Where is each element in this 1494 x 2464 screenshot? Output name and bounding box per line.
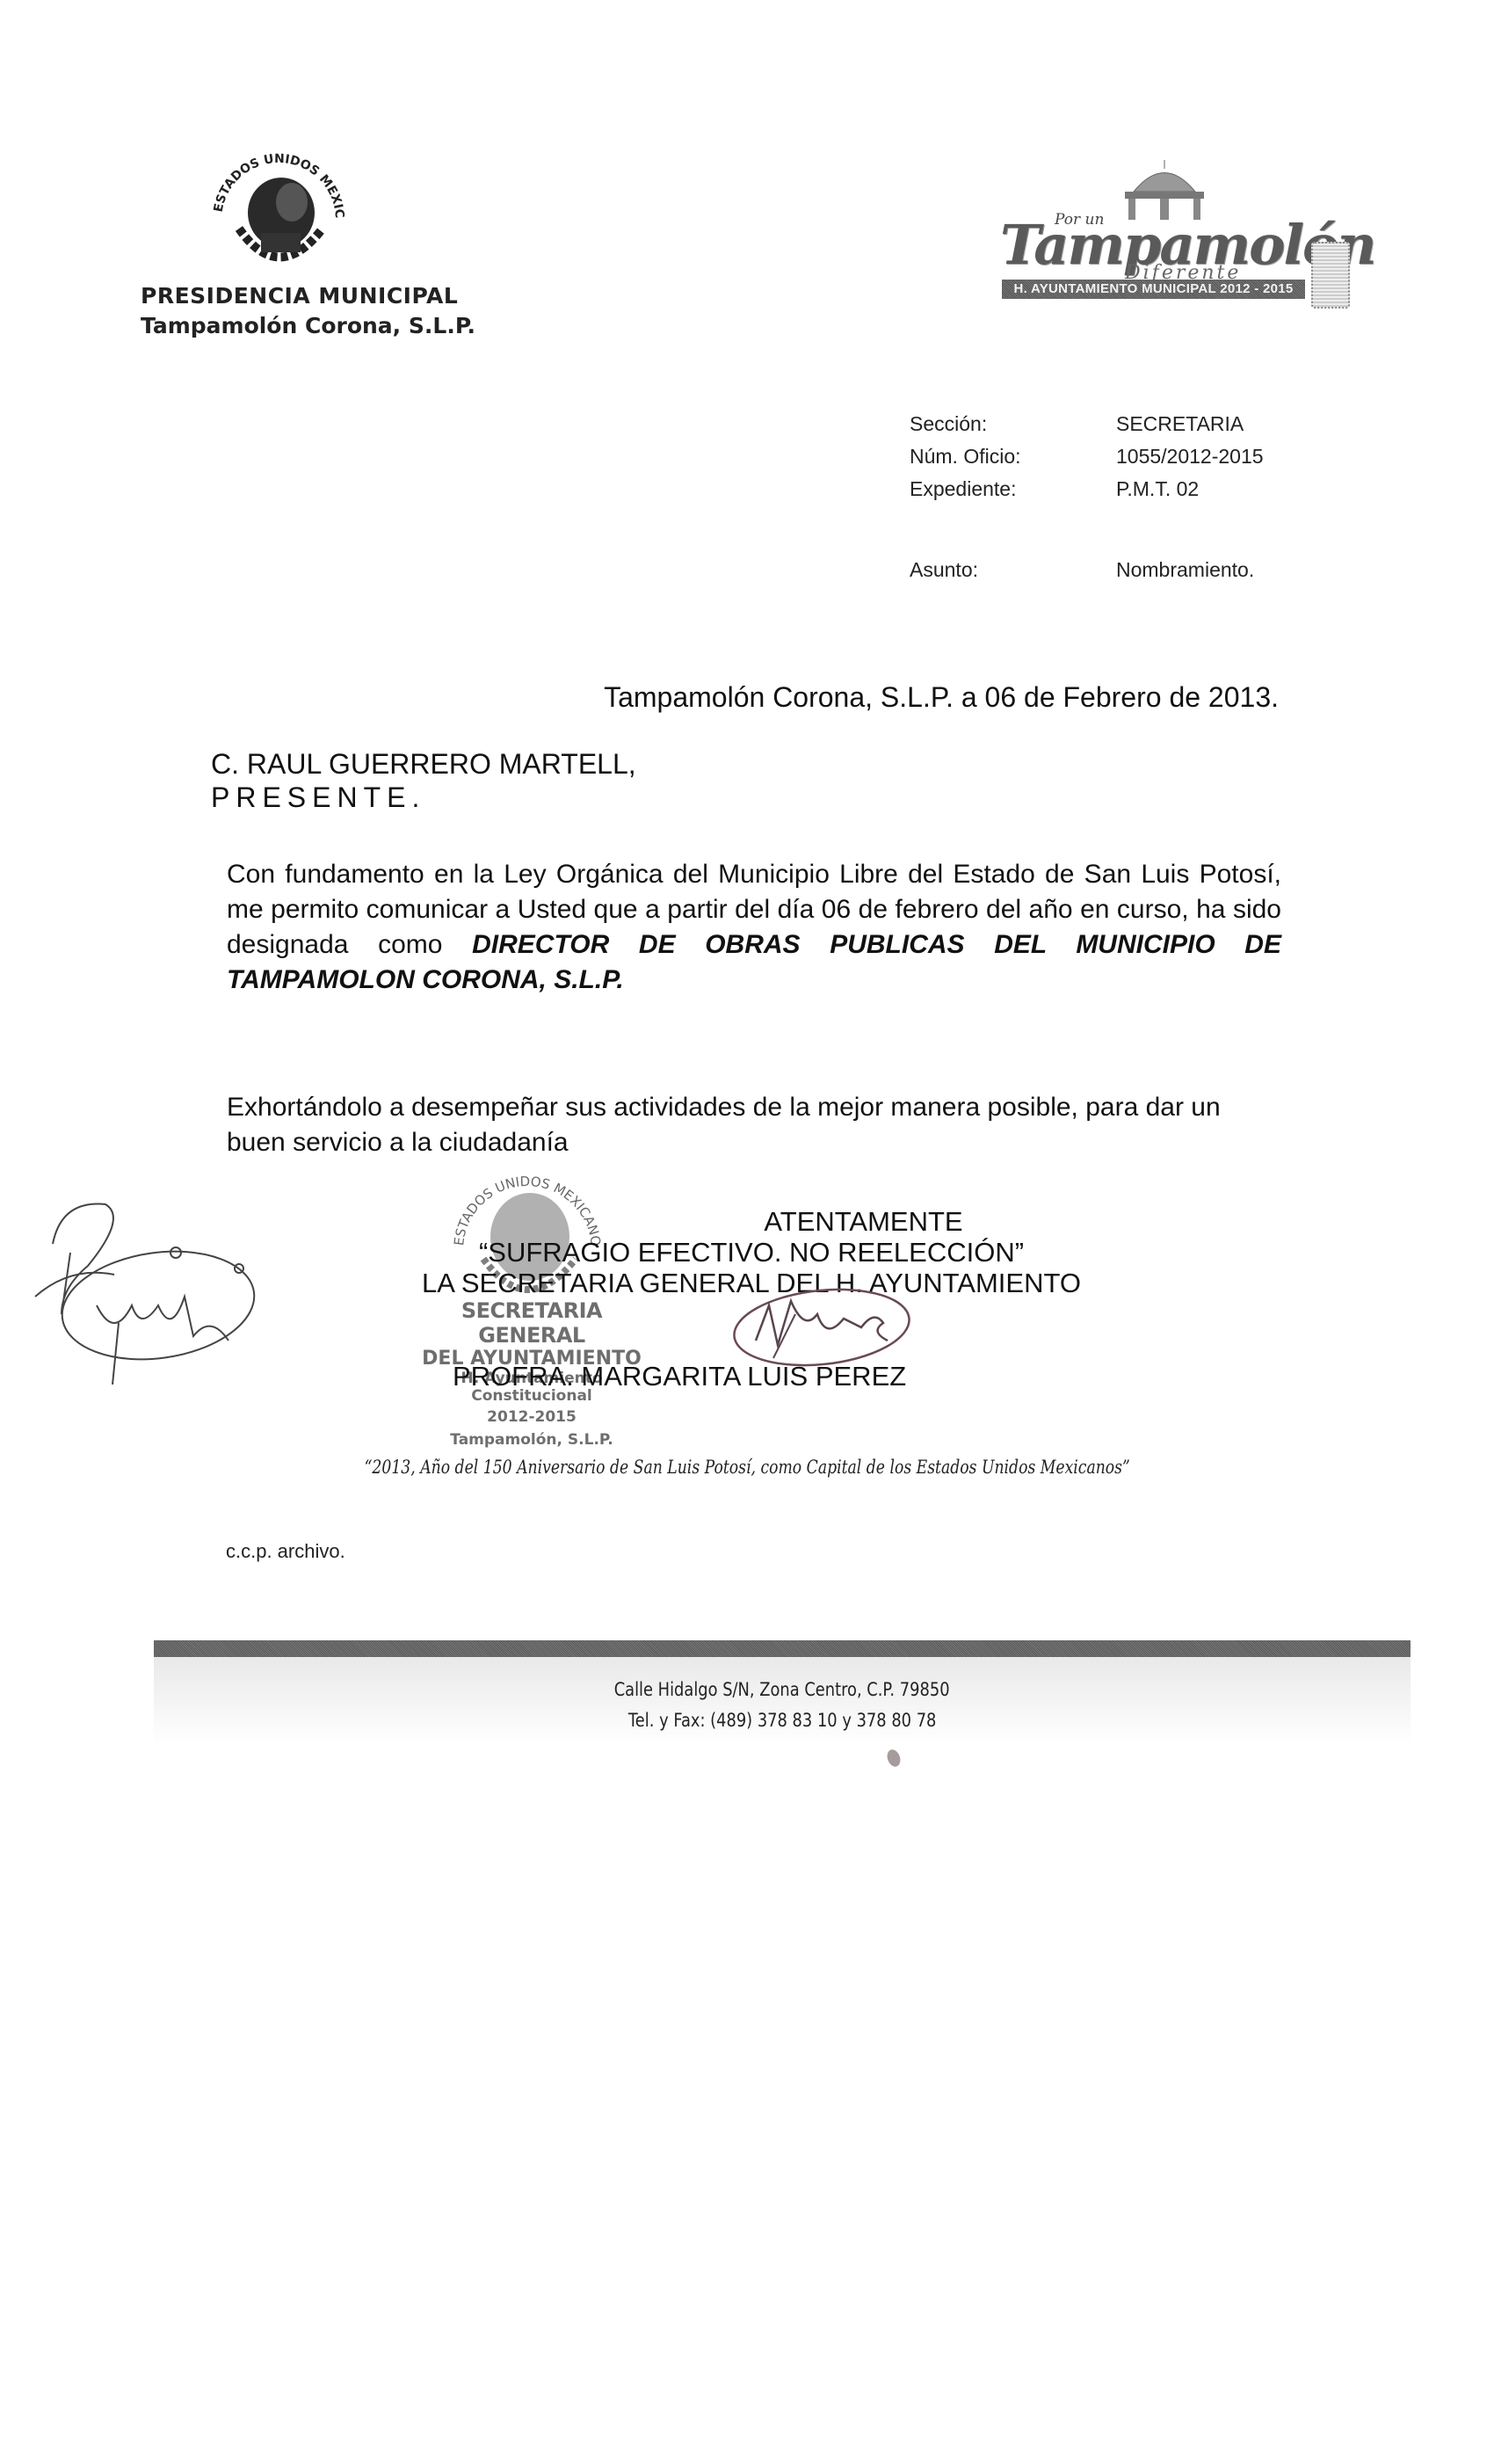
stamp-line-5: Tampamolón, S.L.P. [413,1431,650,1449]
municipal-logo: Tampamolón Por un Diferente H. AYUNTAMIE… [993,158,1345,325]
subject-label: Asunto: [910,558,1116,582]
closing-salutation: ATENTAMENTE [264,1206,1239,1237]
kiosk-icon [1107,158,1222,220]
date-line: Tampamolón Corona, S.L.P. a 06 de Febrer… [604,681,1279,714]
scan-smudge [885,1748,903,1769]
reference-block: Sección: SECRETARIA Núm. Oficio: 1055/20… [910,408,1264,586]
reference-value: P.M.T. 02 [1116,477,1199,501]
crest-icon [1311,242,1350,309]
logo-banner: H. AYUNTAMIENTO MUNICIPAL 2012 - 2015 [1002,280,1305,299]
body-paragraph-2: Exhortándolo a desempeñar sus actividade… [227,1090,1281,1160]
reference-label: Sección: [910,412,1116,436]
addressee-greeting: PRESENTE. [211,781,636,814]
subject-value: Nombramiento. [1116,558,1254,582]
logo-tagline-top: Por un [1055,211,1104,229]
signature-recipient [9,1182,264,1385]
addressee: C. RAUL GUERRERO MARTELL, PRESENTE. [211,747,636,814]
reference-label: Expediente: [910,477,1116,501]
footer-contact: Calle Hidalgo S/N, Zona Centro, C.P. 798… [154,1675,1411,1736]
reference-row: Núm. Oficio: 1055/2012-2015 [910,440,1264,473]
footer-divider [154,1640,1411,1657]
carbon-copy: c.c.p. archivo. [226,1540,345,1563]
stamp-line-1: SECRETARIA GENERAL [413,1298,650,1348]
reference-value: 1055/2012-2015 [1116,445,1264,469]
reference-value: SECRETARIA [1116,412,1244,436]
addressee-name: C. RAUL GUERRERO MARTELL, [211,747,636,781]
reference-row: Sección: SECRETARIA [910,408,1264,440]
office-location: Tampamolón Corona, S.L.P. [141,313,475,338]
closing-motto: “SUFRAGIO EFECTIVO. NO REELECCIÓN” [264,1237,1239,1268]
reference-label: Núm. Oficio: [910,445,1116,469]
commemorative-quote-text: “2013, Año del 150 Aniversario de San Lu… [364,1457,1129,1478]
coat-of-arms-icon: ESTADOS UNIDOS MEXICANOS [204,141,353,281]
reference-row: Expediente: P.M.T. 02 [910,473,1264,505]
footer-address: Calle Hidalgo S/N, Zona Centro, C.P. 798… [614,1675,950,1705]
office-title: PRESIDENCIA MUNICIPAL [141,283,458,309]
signature-secretary [721,1279,923,1376]
commemorative-quote: “2013, Año del 150 Aniversario de San Lu… [0,1457,1494,1478]
footer-phone: Tel. y Fax: (489) 378 83 10 y 378 80 78 [628,1705,936,1736]
stamp-line-4: 2012-2015 [413,1408,650,1426]
body-paragraph-1: Con fundamento en la Ley Orgánica del Mu… [227,857,1281,998]
subject-row: Asunto: Nombramiento. [910,554,1264,586]
